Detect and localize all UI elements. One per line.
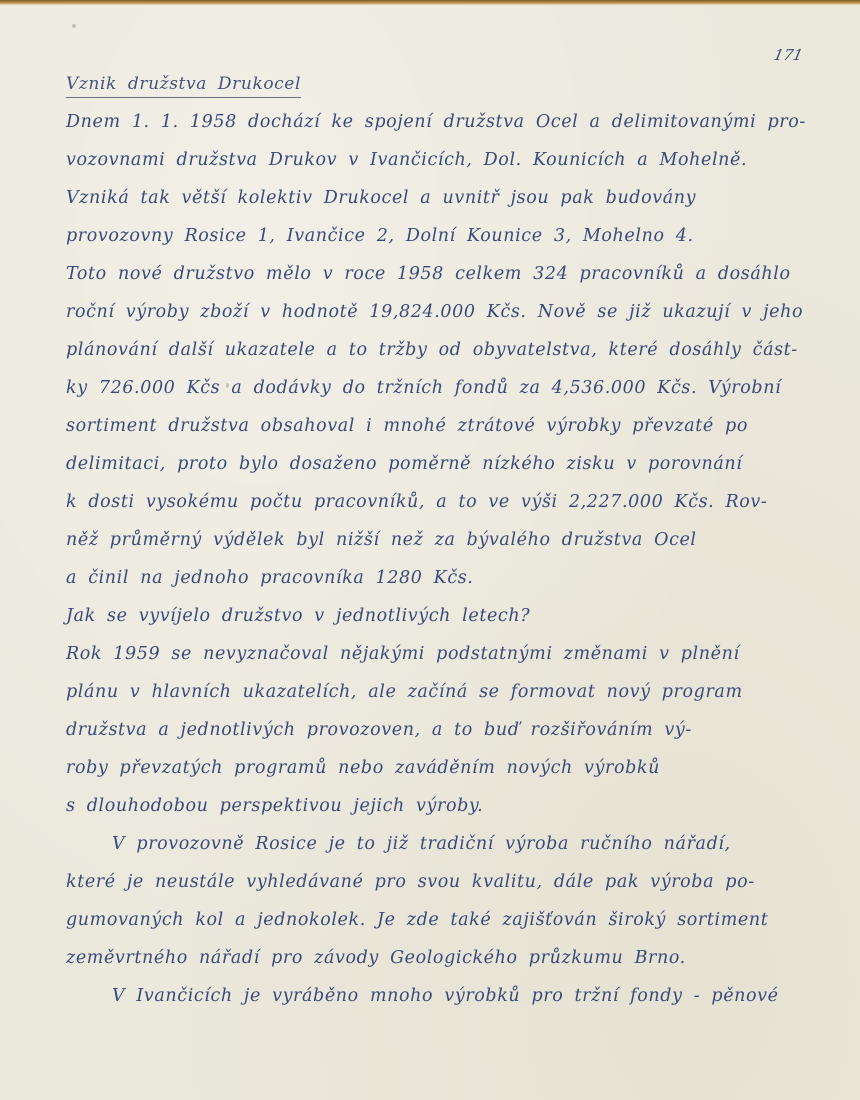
text-line: ky 726.000 Kčs a dodávky do tržních fond… [66, 378, 781, 398]
paper-blemish [72, 24, 76, 28]
text-line: a činil na jednoho pracovníka 1280 Kčs. [66, 568, 473, 588]
text-line: něž průměrný výdělek byl nižší než za bý… [66, 530, 697, 550]
text-line: roční výroby zboží v hodnotě 19,824.000 … [66, 302, 803, 322]
text-line: Vzniká tak větší kolektiv Drukocel a uvn… [66, 188, 696, 208]
text-line: s dlouhodobou perspektivou jejich výroby… [66, 796, 483, 816]
text-line: provozovny Rosice 1, Ivančice 2, Dolní K… [66, 226, 694, 246]
text-line: delimitaci, proto bylo dosaženo poměrně … [66, 454, 743, 474]
text-line: V provozovně Rosice je to již tradiční v… [112, 834, 731, 854]
text-line: sortiment družstva obsahoval i mnohé ztr… [66, 416, 748, 436]
text-line: Rok 1959 se nevyznačoval nějakými podsta… [66, 644, 740, 664]
text-line: V Ivančicích je vyráběno mnoho výrobků p… [112, 986, 779, 1006]
text-line: družstva a jednotlivých provozoven, a to… [66, 720, 692, 740]
text-line: vozovnami družstva Drukov v Ivančicích, … [66, 150, 747, 170]
chronicle-page: 171 Vznik družstva Drukocel Dnem 1. 1. 1… [0, 0, 860, 1100]
text-line: Dnem 1. 1. 1958 dochází ke spojení družs… [66, 112, 806, 132]
text-line: roby převzatých programů nebo zaváděním … [66, 758, 660, 778]
text-line: plánu v hlavních ukazatelích, ale začíná… [66, 682, 743, 702]
section-heading: Vznik družstva Drukocel [66, 74, 301, 98]
text-line: Jak se vyvíjelo družstvo v jednotlivých … [66, 606, 530, 626]
text-line: které je neustále vyhledávané pro svou k… [66, 872, 755, 892]
text-line: plánování další ukazatele a to tržby od … [66, 340, 798, 360]
text-line: k dosti vysokému počtu pracovníků, a to … [66, 492, 767, 512]
paper-blemish [226, 383, 229, 388]
text-line: gumovaných kol a jednokolek. Je zde také… [66, 910, 768, 930]
text-line: Toto nové družstvo mělo v roce 1958 celk… [66, 264, 791, 284]
text-line: zeměvrtného nářadí pro závody Geologické… [66, 948, 686, 968]
handwritten-text: Vznik družstva Drukocel Dnem 1. 1. 1958 … [0, 0, 860, 1100]
